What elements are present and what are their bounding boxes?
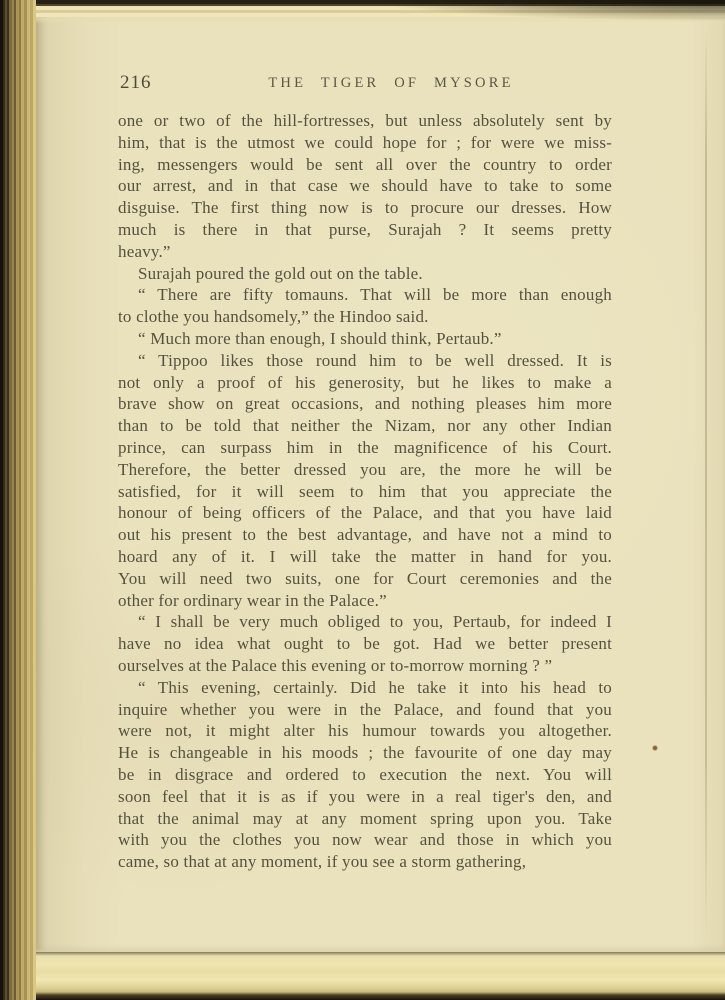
bottom-page-edges xyxy=(36,948,725,1000)
left-page-edges xyxy=(0,0,36,1000)
top-right-shadow xyxy=(365,0,725,30)
text-line: much is there in that purse, Surajah ? I… xyxy=(118,219,612,241)
text-line: with you the clothes you now wear and th… xyxy=(118,829,612,851)
text-line: have no idea what ought to be got. Had w… xyxy=(118,633,612,655)
text-line: You will need two suits, one for Court c… xyxy=(118,568,612,590)
text-line: honour of being officers of the Palace, … xyxy=(118,502,612,524)
text-line: “ This evening, certainly. Did he take i… xyxy=(118,677,612,699)
text-line: soon feel that it is as if you were in a… xyxy=(118,786,612,808)
text-line: disguise. The first thing now is to proc… xyxy=(118,197,612,219)
text-line: inquire whether you were in the Palace, … xyxy=(118,699,612,721)
text-line: He is changeable in his moods ; the favo… xyxy=(118,742,612,764)
text-line: ing, messengers would be sent all over t… xyxy=(118,154,612,176)
text-line: were not, it might alter his humour towa… xyxy=(118,720,612,742)
text-line: than to be told that neither the Nizam, … xyxy=(118,415,612,437)
text-line: him, that is the utmost we could hope fo… xyxy=(118,132,612,154)
text-line: not only a proof of his generosity, but … xyxy=(118,372,612,394)
text-line: that the animal may at any moment spring… xyxy=(118,808,612,830)
text-line: “ There are fifty tomauns. That will be … xyxy=(118,284,612,306)
text-line: one or two of the hill-fortresses, but u… xyxy=(118,110,612,132)
text-line: be in disgrace and ordered to execution … xyxy=(118,764,612,786)
page-header: 216 THE TIGER OF MYSORE xyxy=(118,72,612,98)
body-text: one or two of the hill-fortresses, but u… xyxy=(118,110,612,873)
text-line: ourselves at the Palace this evening or … xyxy=(118,655,612,677)
text-line: other for ordinary wear in the Palace.” xyxy=(118,590,612,612)
text-line: satisfied, for it will seem to him that … xyxy=(118,481,612,503)
right-page-crease xyxy=(705,30,707,940)
text-line: to clothe you handsomely,” the Hindoo sa… xyxy=(118,306,612,328)
text-line: brave show on great occasions, and nothi… xyxy=(118,393,612,415)
text-line: “ I shall be very much obliged to you, P… xyxy=(118,611,612,633)
text-line: Therefore, the better dressed you are, t… xyxy=(118,459,612,481)
text-line: came, so that at any moment, if you see … xyxy=(118,851,612,873)
text-line: Surajah poured the gold out on the table… xyxy=(118,263,612,285)
text-line: our arrest, and in that case we should h… xyxy=(118,175,612,197)
text-line: out his present to the best advantage, a… xyxy=(118,524,612,546)
text-line: “ Much more than enough, I should think,… xyxy=(118,328,612,350)
text-line: heavy.” xyxy=(118,241,612,263)
page-speck xyxy=(652,745,658,751)
text-line: hoard any of it. I will take the matter … xyxy=(118,546,612,568)
running-title: THE TIGER OF MYSORE xyxy=(144,75,638,92)
text-line: prince, can surpass him in the magnifice… xyxy=(118,437,612,459)
text-line: “ Tippoo likes those round him to be wel… xyxy=(118,350,612,372)
